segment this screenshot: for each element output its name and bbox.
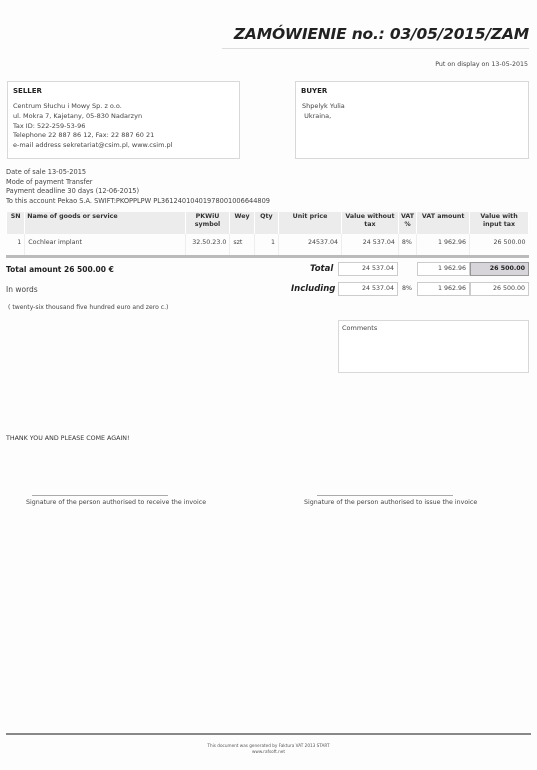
issue-signature-line: [317, 495, 453, 496]
col-unit-price: Unit price: [279, 212, 342, 234]
items-table: SN Name of goods or service PKWiU symbol…: [6, 212, 529, 255]
receive-signature-line: [32, 495, 168, 496]
col-value-with-tax: Value with input tax: [470, 212, 529, 234]
in-words: ( twenty-six thousand five hundred euro …: [8, 304, 168, 311]
comments-header: Comments: [342, 324, 377, 332]
including-label: Including: [291, 284, 335, 294]
buyer-box: BUYER Shpelyk Yulia Ukraina,: [295, 81, 529, 159]
footer-website: www.rafsoft.net: [0, 749, 537, 755]
seller-box: SELLER Centrum Słuchu i Mowy Sp. z o.o. …: [7, 81, 240, 159]
row-name: Cochlear implant: [25, 234, 185, 255]
payment-mode: Mode of payment Transfer: [6, 178, 270, 188]
col-wey: Wey: [230, 212, 254, 234]
seller-header: SELLER: [13, 87, 42, 95]
including-value-with-tax: 26 500.00: [470, 282, 529, 296]
date-of-sale: Date of sale 13-05-2015: [6, 168, 270, 178]
total-value-without-tax: 24 537.04: [338, 262, 398, 276]
table-header-row: SN Name of goods or service PKWiU symbol…: [7, 212, 529, 234]
total-vat-amount: 1 962.96: [417, 262, 470, 276]
display-date: Put on display on 13-05-2015: [435, 61, 528, 68]
receive-signature-label: Signature of the person authorised to re…: [26, 499, 206, 506]
buyer-details: Shpelyk Yulia Ukraina,: [302, 102, 345, 122]
total-value-with-tax: 26 500.00: [470, 262, 529, 276]
table-bottom-divider: [6, 255, 529, 258]
seller-name: Centrum Słuchu i Mowy Sp. z o.o.: [13, 102, 172, 112]
total-label: Total: [310, 264, 333, 274]
seller-phone: Telephone 22 887 86 12, Fax: 22 887 60 2…: [13, 131, 172, 141]
including-vat-amount: 1 962.96: [417, 282, 470, 296]
row-vat-pct: 8%: [398, 234, 416, 255]
row-wey: szt: [230, 234, 254, 255]
buyer-country: Ukraina,: [302, 112, 345, 122]
thank-you-note: THANK YOU AND PLEASE COME AGAIN!: [6, 435, 129, 442]
buyer-name: Shpelyk Yulia: [302, 102, 345, 112]
comments-box: Comments: [338, 320, 529, 373]
row-vat-amount: 1 962.96: [417, 234, 470, 255]
col-qty: Qty: [254, 212, 278, 234]
total-amount: Total amount 26 500.00 €: [6, 265, 114, 274]
seller-address: ul. Mokra 7, Kajetany, 05-830 Nadarzyn: [13, 112, 172, 122]
bank-account: To this account Pekao S.A. SWIFT:PKOPPLP…: [6, 197, 270, 207]
col-vat-pct: VAT %: [398, 212, 416, 234]
row-qty: 1: [254, 234, 278, 255]
footer: This document was generated by Faktura V…: [0, 743, 537, 754]
col-sn: SN: [7, 212, 25, 234]
row-sn: 1: [7, 234, 25, 255]
table-row: 1 Cochlear implant 32.50.23.0 szt 1 2453…: [7, 234, 529, 255]
title-divider: [222, 48, 529, 49]
seller-tax-id: Tax ID: 522-259-53-96: [13, 122, 172, 132]
col-pkwiu: PKWiU symbol: [185, 212, 230, 234]
document-title: ZAMÓWIENIE no.: 03/05/2015/ZAM: [234, 25, 529, 43]
in-words-label: In words: [6, 285, 38, 294]
row-value-with-tax: 26 500.00: [470, 234, 529, 255]
including-value-without-tax: 24 537.04: [338, 282, 398, 296]
including-vat-pct: 8%: [402, 285, 412, 292]
col-value-without-tax: Value without tax: [342, 212, 399, 234]
row-value-without-tax: 24 537.04: [342, 234, 399, 255]
col-vat-amount: VAT amount: [417, 212, 470, 234]
seller-email: e-mail address sekretariat@csim.pl, www.…: [13, 141, 172, 151]
seller-details: Centrum Słuchu i Mowy Sp. z o.o. ul. Mok…: [13, 102, 172, 151]
payment-deadline: Payment deadline 30 days (12-06-2015): [6, 187, 270, 197]
row-unit-price: 24537.04: [279, 234, 342, 255]
col-name: Name of goods or service: [25, 212, 185, 234]
row-pkwiu: 32.50.23.0: [185, 234, 230, 255]
buyer-header: BUYER: [301, 87, 327, 95]
issue-signature-label: Signature of the person authorised to is…: [304, 499, 477, 506]
payment-info: Date of sale 13-05-2015 Mode of payment …: [6, 168, 270, 206]
footer-divider: [6, 733, 531, 735]
